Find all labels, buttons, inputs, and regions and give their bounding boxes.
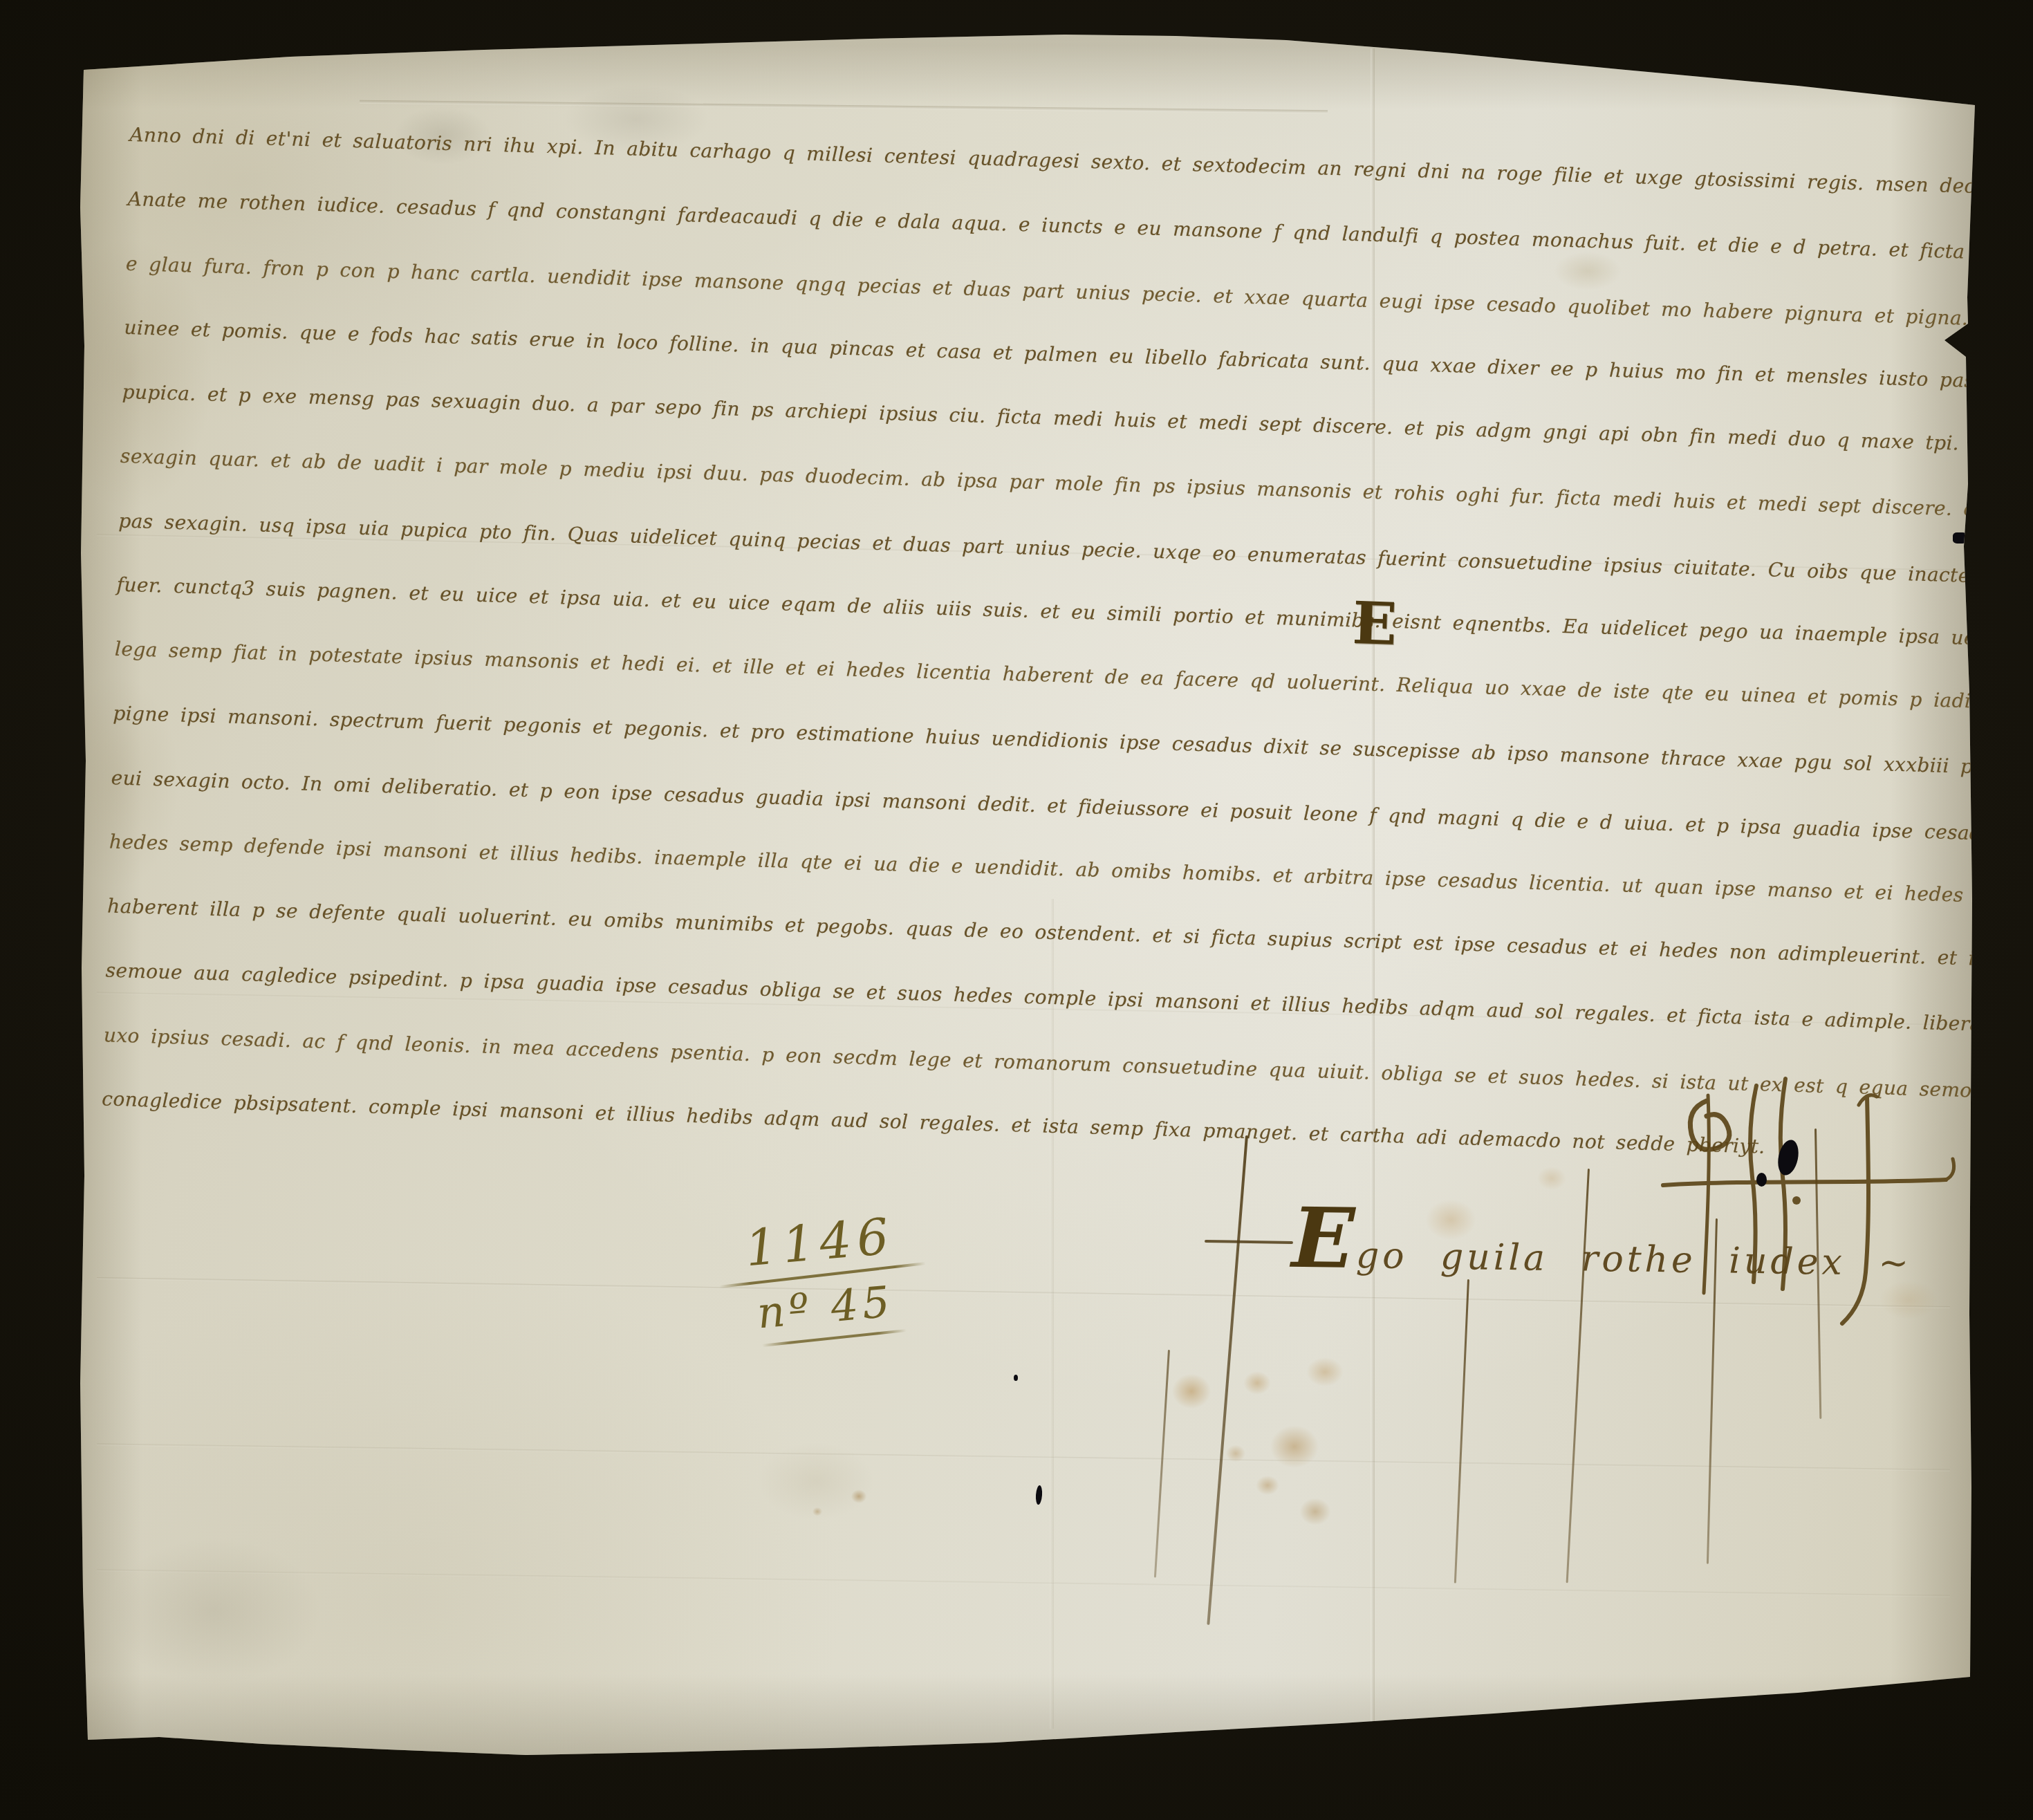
manuscript-line: haberent illa p se defente quali uolueri… — [107, 895, 2033, 976]
notary-sign-flourish-icon — [1653, 1065, 1978, 1369]
decorated-initial-e: E — [1352, 594, 1398, 653]
parchment-sheet: Anno dni di et'ni et saluatoris nri ihu … — [0, 0, 2033, 1820]
manuscript-line: fuer. cunctq3 suis pagnen. et eu uice et… — [116, 573, 2033, 656]
manuscript-line: semoue aua cagledice psipedint. p ipsa g… — [105, 958, 2033, 1039]
manuscript-line: pigne ipsi mansoni. spectrum fuerit pego… — [113, 702, 2033, 783]
manuscript-line: Anate me rothen iudice. cesadus f qnd co… — [127, 187, 2033, 268]
archival-number: nº 45 — [721, 1277, 931, 1338]
manuscript-line: e glau fura. fron p con p hanc cartla. u… — [126, 252, 2033, 335]
manuscript-line: pas sexagin. usq ipsa uia pupica pto fin… — [118, 509, 2033, 593]
manuscript-line: lega semp fiat in potestate ipsius manso… — [115, 638, 2033, 718]
manuscript-line: hedes semp defende ipsi mansoni et illiu… — [109, 830, 2033, 914]
archival-note: 1146 nº 45 — [714, 1208, 931, 1348]
ink-blot — [1014, 1375, 1018, 1381]
manuscript-line: conagledice pbsipsatent. comple ipsi man… — [102, 1087, 1765, 1158]
photograph-stage: Anno dni di et'ni et saluatoris nri ihu … — [0, 0, 2033, 1820]
ink-blot — [1756, 1173, 1767, 1187]
edge-tear-shadow — [1953, 532, 1967, 544]
